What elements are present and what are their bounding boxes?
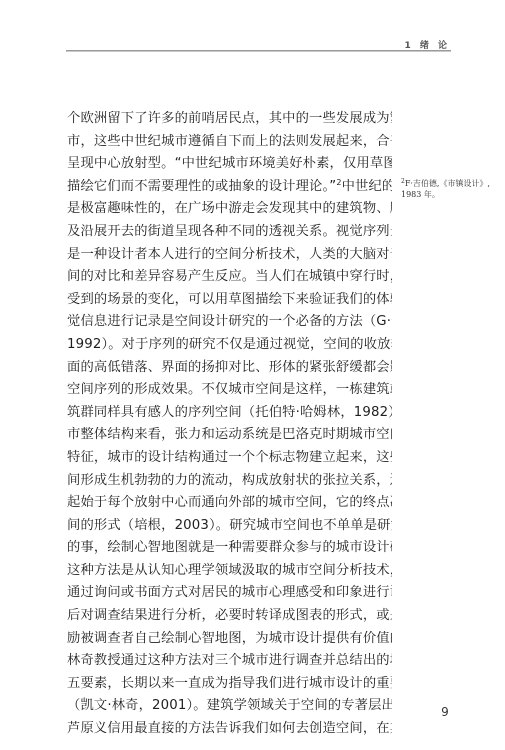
text-line: 市，这些中世纪城市遵循自下而上的法则发展起来，合乎逻辑地: [67, 131, 392, 154]
text-line: 面的高低错落、界面的扬抑对比、形体的紧张舒缓都会影响一个: [67, 357, 392, 380]
text-line: 空间序列的形成效果。不仅城市空间是这样，一栋建筑或一组建: [67, 379, 392, 402]
text-line: 是极富趣味性的，在广场中游走会发现其中的建筑物、雕像以: [67, 198, 392, 221]
text-line: 的事，绘制心智地图就是一种需要群众参与的城市设计研究方法。: [67, 537, 392, 560]
text-line: 间的对比和差异容易产生反应。当人们在城镇中穿行时，视觉感: [67, 266, 392, 289]
text-line: 间形成生机勃勃的力的流动，构成放射状的张拉关系，这种张力: [67, 470, 392, 493]
footnote-line: 1983 年。: [401, 189, 501, 200]
text-line: 林奇教授通过这种方法对三个城市进行调查并总结出的城市设计: [67, 650, 392, 673]
text-line: 特征，城市的设计结构通过一个个标志物建立起来，这些实体之: [67, 447, 392, 470]
text-line: 觉信息进行记录是空间设计研究的一个必备的方法（G·卡伦，: [67, 311, 392, 334]
text-line-with-footnote: 描绘它们而不需要理性的或抽象的设计理论。”2中世纪的广场: [67, 176, 392, 199]
text-line: 是一种设计者本人进行的空间分析技术，人类的大脑对于事物之: [67, 244, 392, 267]
text-line: 呈现中心放射型。“中世纪城市环境美好朴素，仅用草图就可以: [67, 153, 392, 176]
quote-end-text: 描绘它们而不需要理性的或抽象的设计理论。”: [67, 179, 336, 194]
text-line: 间的形式（培根，2003）。研究城市空间也不单单是研究者本人: [67, 515, 392, 538]
text-line: 五要素，长期以来一直成为指导我们进行城市设计的重要法则: [67, 673, 392, 696]
text-line: 个欧洲留下了许多的前哨居民点，其中的一些发展成为繁华的城: [67, 108, 392, 131]
text-line: 起始于每个放射中心而通向外部的城市空间，它的终点决定着空: [67, 492, 392, 515]
body-text: 个欧洲留下了许多的前哨居民点，其中的一些发展成为繁华的城 市，这些中世纪城市遵循…: [67, 108, 392, 741]
text-line: （凯文·林奇，2001）。建筑学领域关于空间的专著层出不穷，: [67, 695, 392, 718]
page-number: 9: [435, 705, 455, 719]
text-line: 及沿展开去的街道呈现各种不同的透视关系。视觉序列景观分析: [67, 221, 392, 244]
footnote-line: 2F·吉伯德,《市镇设计》,: [401, 178, 501, 189]
text-line: 这种方法是从认知心理学领域汲取的城市空间分析技术，研究者: [67, 560, 392, 583]
text-line: 芦原义信用最直接的方法告诉我们如何去创造空间，在其《外部: [67, 718, 392, 741]
text-line: 筑群同样具有感人的序列空间（托伯特·哈姆林，1982）。从城: [67, 402, 392, 425]
text-line: 后对调查结果进行分析，必要时转译成图表的形式，或是直接鼓: [67, 605, 392, 628]
running-head: 1 绪 论: [66, 38, 450, 50]
header-rule: [66, 50, 451, 52]
text-continuation: 中世纪的广场: [342, 179, 392, 194]
text-line: 励被调查者自己绘制心智地图，为城市设计提供有价值的出发点。: [67, 628, 392, 651]
text-line: 市整体结构来看，张力和运动系统是巴洛克时期城市空间的典型: [67, 424, 392, 447]
text-line: 受到的场景的变化，可以用草图描绘下来验证我们的体验，对视: [67, 289, 392, 312]
text-line: 通过询问或书面方式对居民的城市心理感受和印象进行调查，而: [67, 582, 392, 605]
footnote-citation: F·吉伯德,《市镇设计》,: [405, 179, 490, 188]
margin-footnote: 2F·吉伯德,《市镇设计》, 1983 年。: [401, 178, 501, 200]
text-line: 1992）。对于序列的研究不仅是通过视觉，空间的收放转合、地: [67, 334, 392, 357]
